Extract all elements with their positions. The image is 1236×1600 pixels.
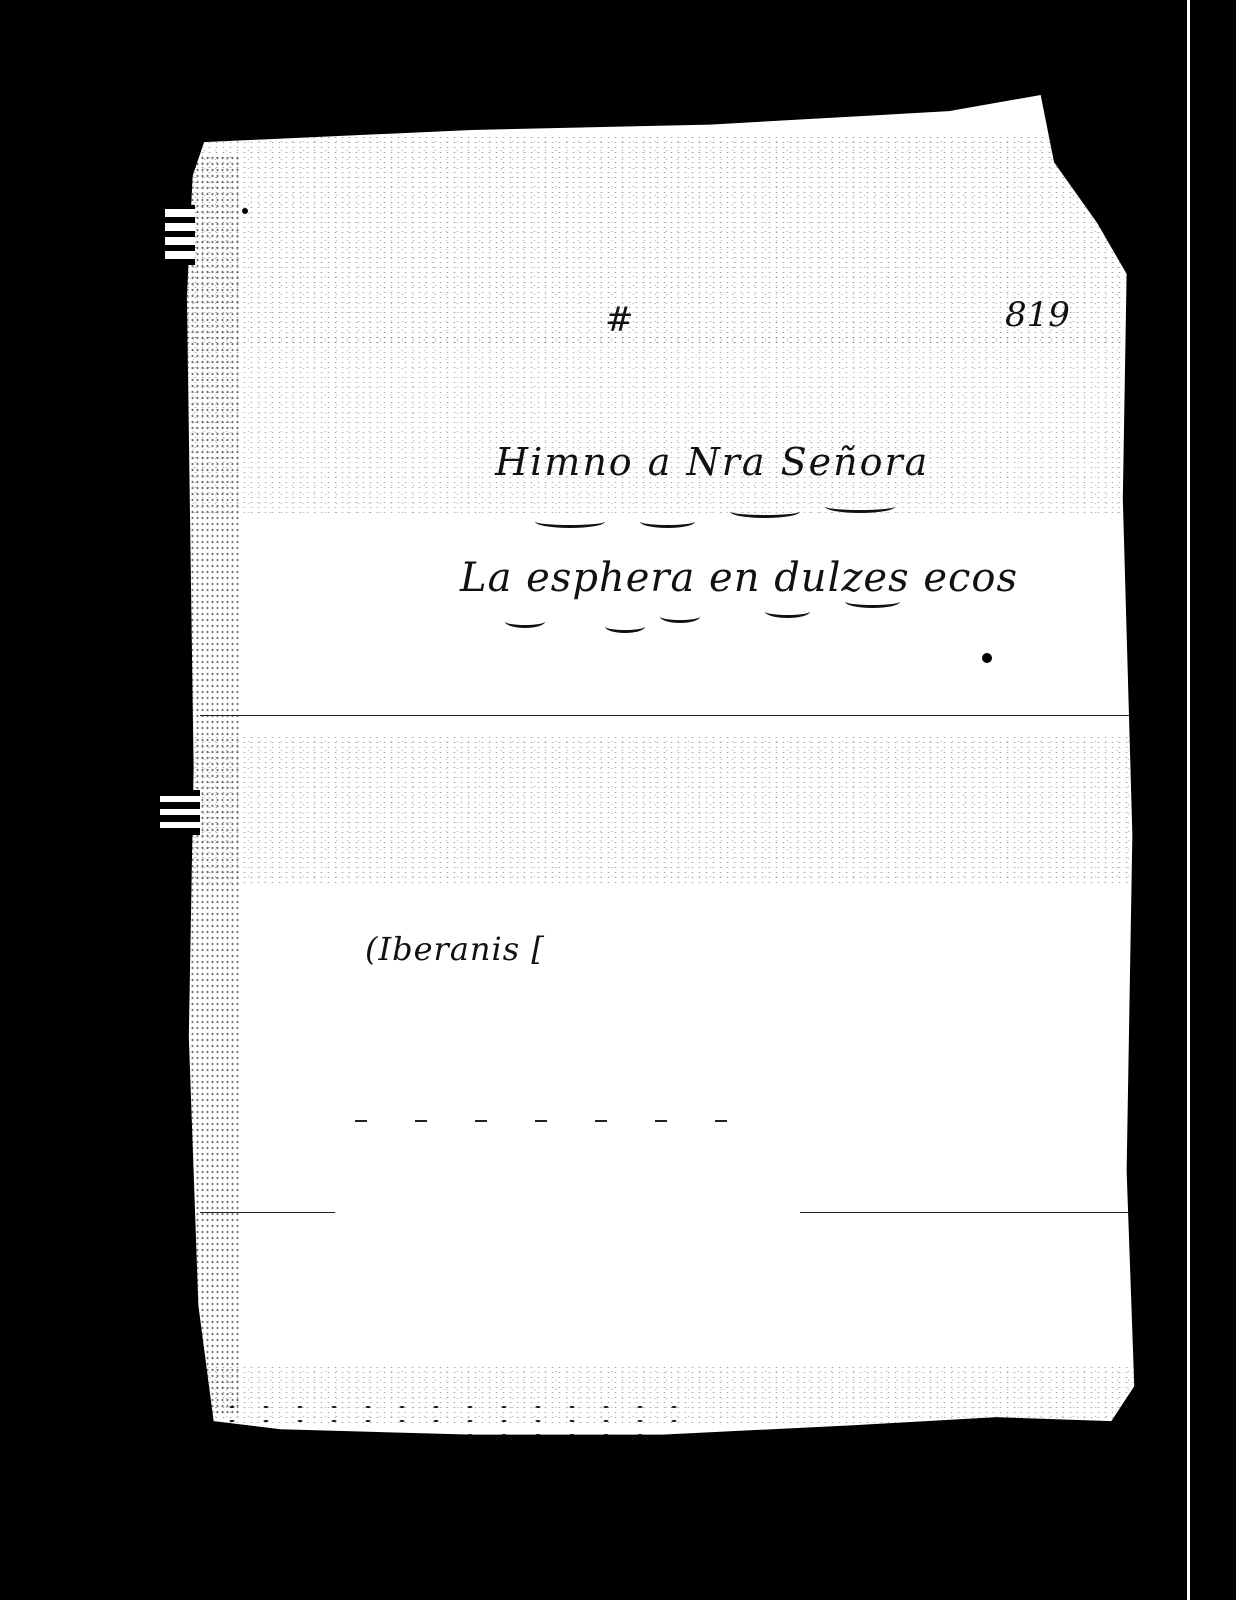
manuscript-page: Im # 819 Himno a Nra Señora La esphera e… bbox=[185, 95, 1140, 1440]
flourish bbox=[605, 620, 645, 633]
horizontal-rule bbox=[200, 1212, 335, 1213]
bottom-edge-stains bbox=[215, 1400, 695, 1440]
folio-number: 819 bbox=[1005, 295, 1070, 335]
flourish bbox=[730, 505, 800, 518]
flourish bbox=[765, 605, 810, 618]
flourish bbox=[535, 515, 605, 528]
flourish bbox=[845, 595, 900, 608]
folio-mark: # bbox=[605, 300, 634, 340]
binding-stitch-mark bbox=[160, 790, 200, 835]
flourish bbox=[660, 610, 700, 623]
scanner-edge-line bbox=[1187, 0, 1190, 1600]
ink-blot bbox=[982, 653, 992, 663]
dashed-marks bbox=[355, 1120, 735, 1122]
title-line-1: Himno a Nra Señora bbox=[495, 440, 929, 484]
horizontal-rule bbox=[200, 715, 1140, 716]
bleed-through-text-top bbox=[185, 135, 1140, 345]
flourish bbox=[505, 615, 545, 628]
horizontal-rule bbox=[800, 1212, 1140, 1213]
binding-stitch-mark bbox=[165, 205, 195, 265]
signature: (Iberanis [ bbox=[365, 930, 545, 968]
bleed-through-text-lower bbox=[185, 735, 1140, 885]
ink-blot bbox=[242, 208, 248, 214]
flourish bbox=[825, 500, 895, 513]
title-line-2: La esphera en dulzes ecos bbox=[460, 555, 1018, 601]
flourish bbox=[640, 515, 695, 528]
bleed-through-text-middle bbox=[185, 335, 1140, 515]
